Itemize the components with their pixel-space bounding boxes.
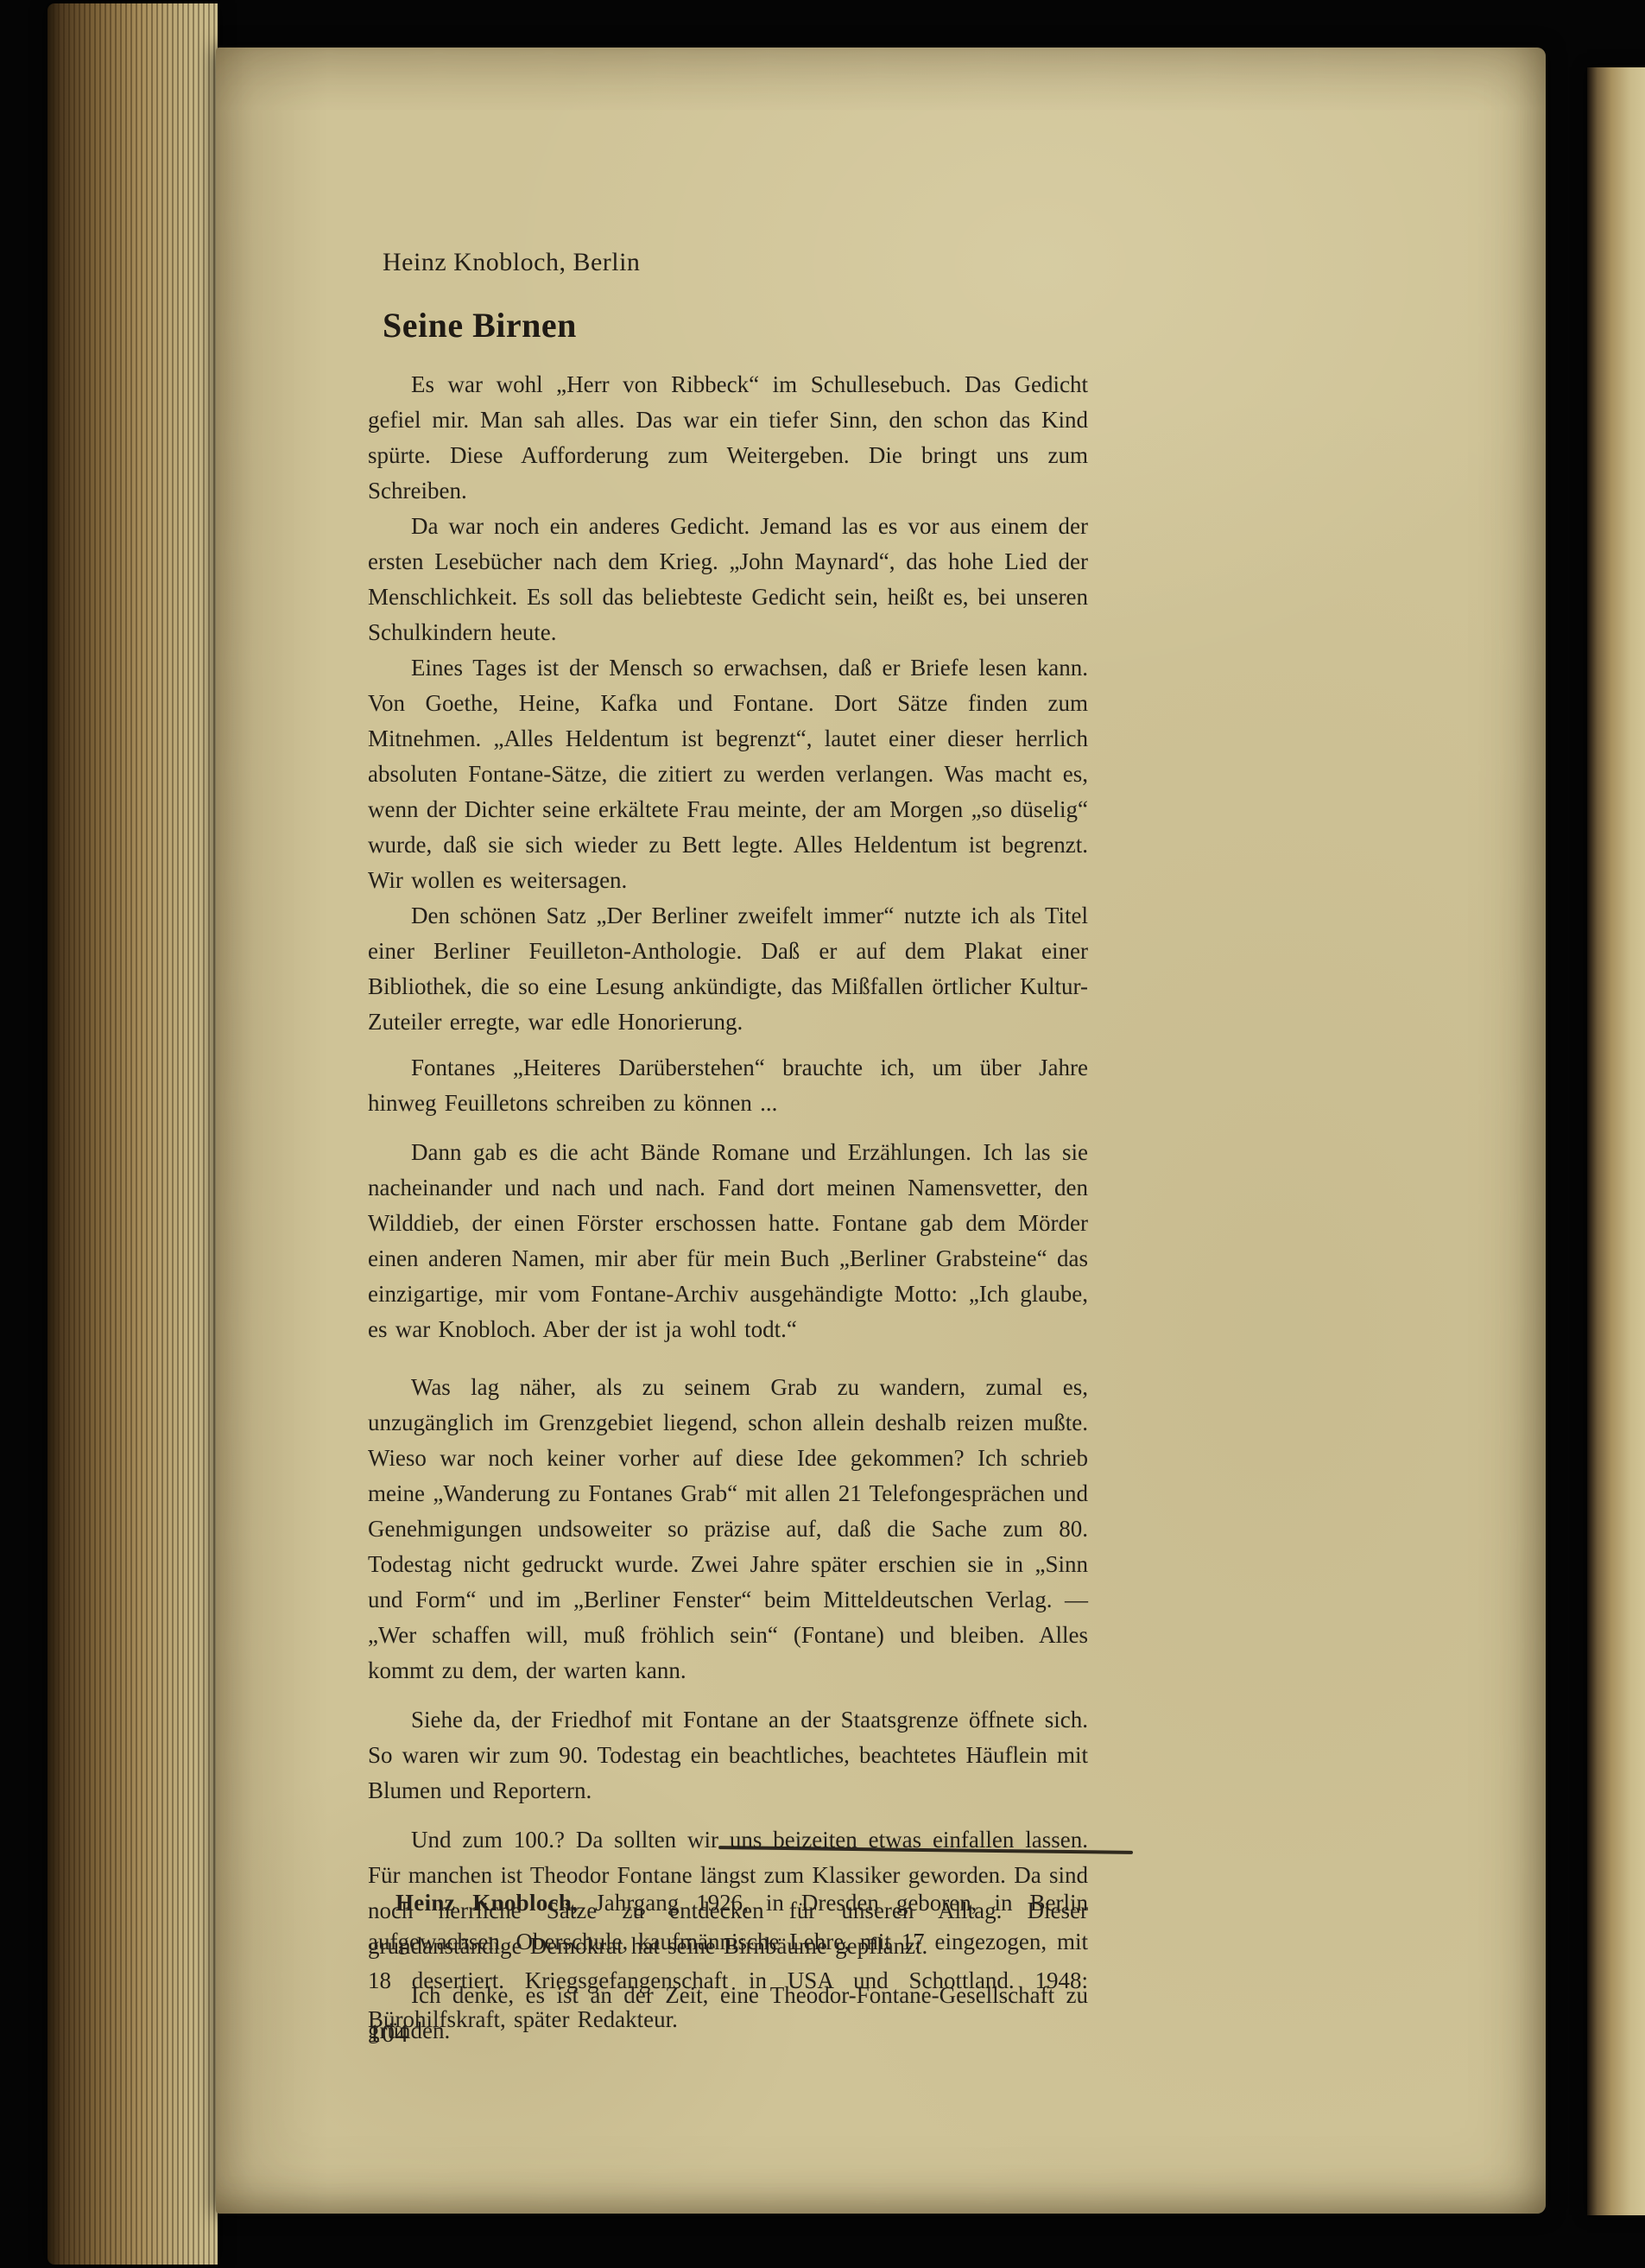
paragraph: Siehe da, der Friedhof mit Fontane an de… — [368, 1702, 1088, 1809]
book-page: Heinz Knobloch, Berlin Seine Birnen Es w… — [216, 48, 1546, 2214]
paragraph: Es war wohl „Herr von Ribbeck“ im Schull… — [368, 367, 1088, 509]
paragraph: Da war noch ein anderes Gedicht. Jemand … — [368, 509, 1088, 650]
scanned-book-photo: Heinz Knobloch, Berlin Seine Birnen Es w… — [0, 0, 1645, 2268]
page-number: 104 — [368, 2019, 409, 2049]
book-fore-edge — [47, 3, 218, 2265]
author-line: Heinz Knobloch, Berlin — [383, 248, 1160, 277]
paragraph: Fontanes „Heiteres Darüberstehen“ brauch… — [368, 1050, 1088, 1121]
bio-author-name: Heinz Knobloch, — [395, 1890, 578, 1916]
adjacent-page-edge — [1587, 67, 1645, 2215]
article-title: Seine Birnen — [383, 305, 1160, 345]
paragraph: Den schönen Satz „Der Berliner zweifelt … — [368, 898, 1088, 1040]
bio-paragraph: Heinz Knobloch, Jahrgang 1926, in Dresde… — [368, 1884, 1088, 2039]
article-body: Es war wohl „Herr von Ribbeck“ im Schull… — [368, 367, 1088, 2049]
paragraph: Dann gab es die acht Bände Romane und Er… — [368, 1135, 1088, 1347]
paragraph: Was lag näher, als zu seinem Grab zu wan… — [368, 1370, 1088, 1688]
paragraph: Eines Tages ist der Mensch so erwachsen,… — [368, 650, 1088, 898]
